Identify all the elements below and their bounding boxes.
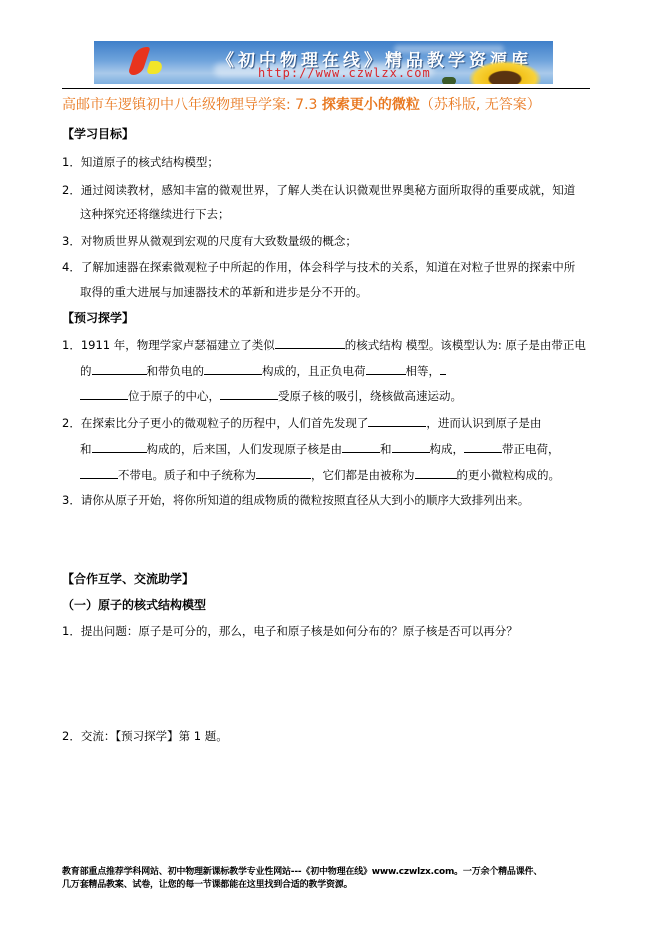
title-suffix: （苏科版, 无答案） <box>420 97 541 113</box>
question-text: 1．1911 年，物理学家卢瑟福建立了类似 <box>62 338 275 352</box>
question-text: 的 <box>80 364 92 378</box>
document-title: 高邮市车逻镇初中八年级物理导学案: 7.3 探索更小的微粒（苏科版, 无答案） <box>62 94 541 114</box>
answer-blank[interactable] <box>92 441 147 453</box>
question-text: 的更小微粒构成的。 <box>457 468 561 482</box>
answer-blank[interactable] <box>368 415 426 427</box>
question-text: 2．在探索比分子更小的微观粒子的历程中，人们首先发现了 <box>62 416 368 430</box>
preview-question-3: 3．请你从原子开始，将你所知道的组成物质的微粒按照直径从大到小的顺序大致排列出来… <box>62 493 529 507</box>
sunflower-icon <box>469 61 541 84</box>
answer-blank[interactable] <box>220 388 278 400</box>
preview-question-2-line3: 不带电。质子和中子统称为，它们都是由被称为的更小微粒构成的。 <box>80 467 560 482</box>
banner-url[interactable]: http://www.czwlzx.com <box>258 66 431 80</box>
footer-line: 几万套精品教案、试卷，让您的每一节课都能在这里找到合适的教学资源。 <box>62 877 352 890</box>
question-text: 和 <box>380 442 392 456</box>
header-banner: 《初中物理在线》精品教学资源库 http://www.czwlzx.com <box>94 41 553 84</box>
objective-item-continuation: 这种探究还将继续进行下去； <box>80 207 230 221</box>
question-text: 构成的，后来国，人们发现原子核是由 <box>147 442 343 456</box>
title-emphasis: 探索更小的微粒 <box>322 97 420 113</box>
preview-question-2-line2: 和构成的，后来国，人们发现原子核是由和构成，带正电荷， <box>80 441 560 456</box>
preview-question-1-line2: 的和带负电的构成的，且正负电荷相等， <box>80 363 446 378</box>
answer-blank[interactable] <box>464 441 502 453</box>
header-divider <box>62 88 590 89</box>
question-text: 带正电荷， <box>502 442 560 456</box>
answer-blank[interactable] <box>256 467 311 479</box>
question-text: 相等， <box>406 364 441 378</box>
section-heading-cooperation: 【合作互学、交流助学】 <box>62 572 194 586</box>
question-text: 受原子核的吸引，绕核做高速运动。 <box>278 389 462 403</box>
preview-question-1-line3: 位于原子的中心，受原子核的吸引，绕核做高速运动。 <box>80 388 462 403</box>
answer-blank[interactable] <box>440 363 446 375</box>
objective-item: 1．知道原子的核式结构模型； <box>62 155 219 169</box>
preview-question-1: 1．1911 年，物理学家卢瑟福建立了类似的核式结构 模型。该模型认为: 原子是… <box>62 337 586 352</box>
answer-blank[interactable] <box>275 337 345 349</box>
subsection-heading: （一）原子的核式结构模型 <box>62 598 206 612</box>
answer-blank[interactable] <box>392 441 430 453</box>
objective-item-continuation: 取得的重大进展与加速器技术的革新和进步是分不开的。 <box>80 285 368 299</box>
title-prefix: 高邮市车逻镇初中八年级物理导学案: 7.3 <box>62 97 322 113</box>
question-text: 不带电。质子和中子统称为 <box>118 468 256 482</box>
answer-blank[interactable] <box>80 467 118 479</box>
objective-item: 3．对物质世界从微观到宏观的尺度有大致数量级的概念； <box>62 234 357 248</box>
answer-blank[interactable] <box>92 363 147 375</box>
preview-question-2: 2．在探索比分子更小的微观粒子的历程中，人们首先发现了，进而认识到原子是由 <box>62 415 541 430</box>
footer-line: 教育部重点推荐学科网站、初中物理新课标教学专业性网站---《初中物理在线》www… <box>62 864 542 877</box>
answer-blank[interactable] <box>366 363 406 375</box>
coop-question-2: 2．交流：【预习探学】第 1 题。 <box>62 729 228 743</box>
objective-item: 4．了解加速器在探索微观粒子中所起的作用，体会科学与技术的关系，知道在对粒子世界… <box>62 260 575 274</box>
question-text: 构成， <box>430 442 465 456</box>
question-text: 位于原子的中心， <box>128 389 220 403</box>
answer-blank[interactable] <box>342 441 380 453</box>
question-text: 和 <box>80 442 92 456</box>
question-text: 和带负电的 <box>147 364 205 378</box>
objective-item: 2．通过阅读教材，感知丰富的微观世界，了解人类在认识微观世界奥秘方面所取得的重要… <box>62 183 575 197</box>
question-text: ，进而认识到原子是由 <box>426 416 541 430</box>
section-heading-objectives: 【学习目标】 <box>62 127 134 141</box>
leaf-decoration <box>442 77 456 84</box>
answer-blank[interactable] <box>80 388 128 400</box>
answer-blank[interactable] <box>204 363 262 375</box>
section-heading-preview: 【预习探学】 <box>62 311 134 325</box>
question-text: ，它们都是由被称为 <box>311 468 415 482</box>
coop-question-1: 1．提出问题：原子是可分的，那么，电子和原子核是如何分布的？原子核是否可以再分？ <box>62 624 518 638</box>
question-text: 构成的，且正负电荷 <box>262 364 366 378</box>
answer-blank[interactable] <box>415 467 457 479</box>
question-text: 的核式结构 模型。该模型认为: 原子是由带正电 <box>345 338 586 352</box>
logo-icon <box>146 61 164 74</box>
